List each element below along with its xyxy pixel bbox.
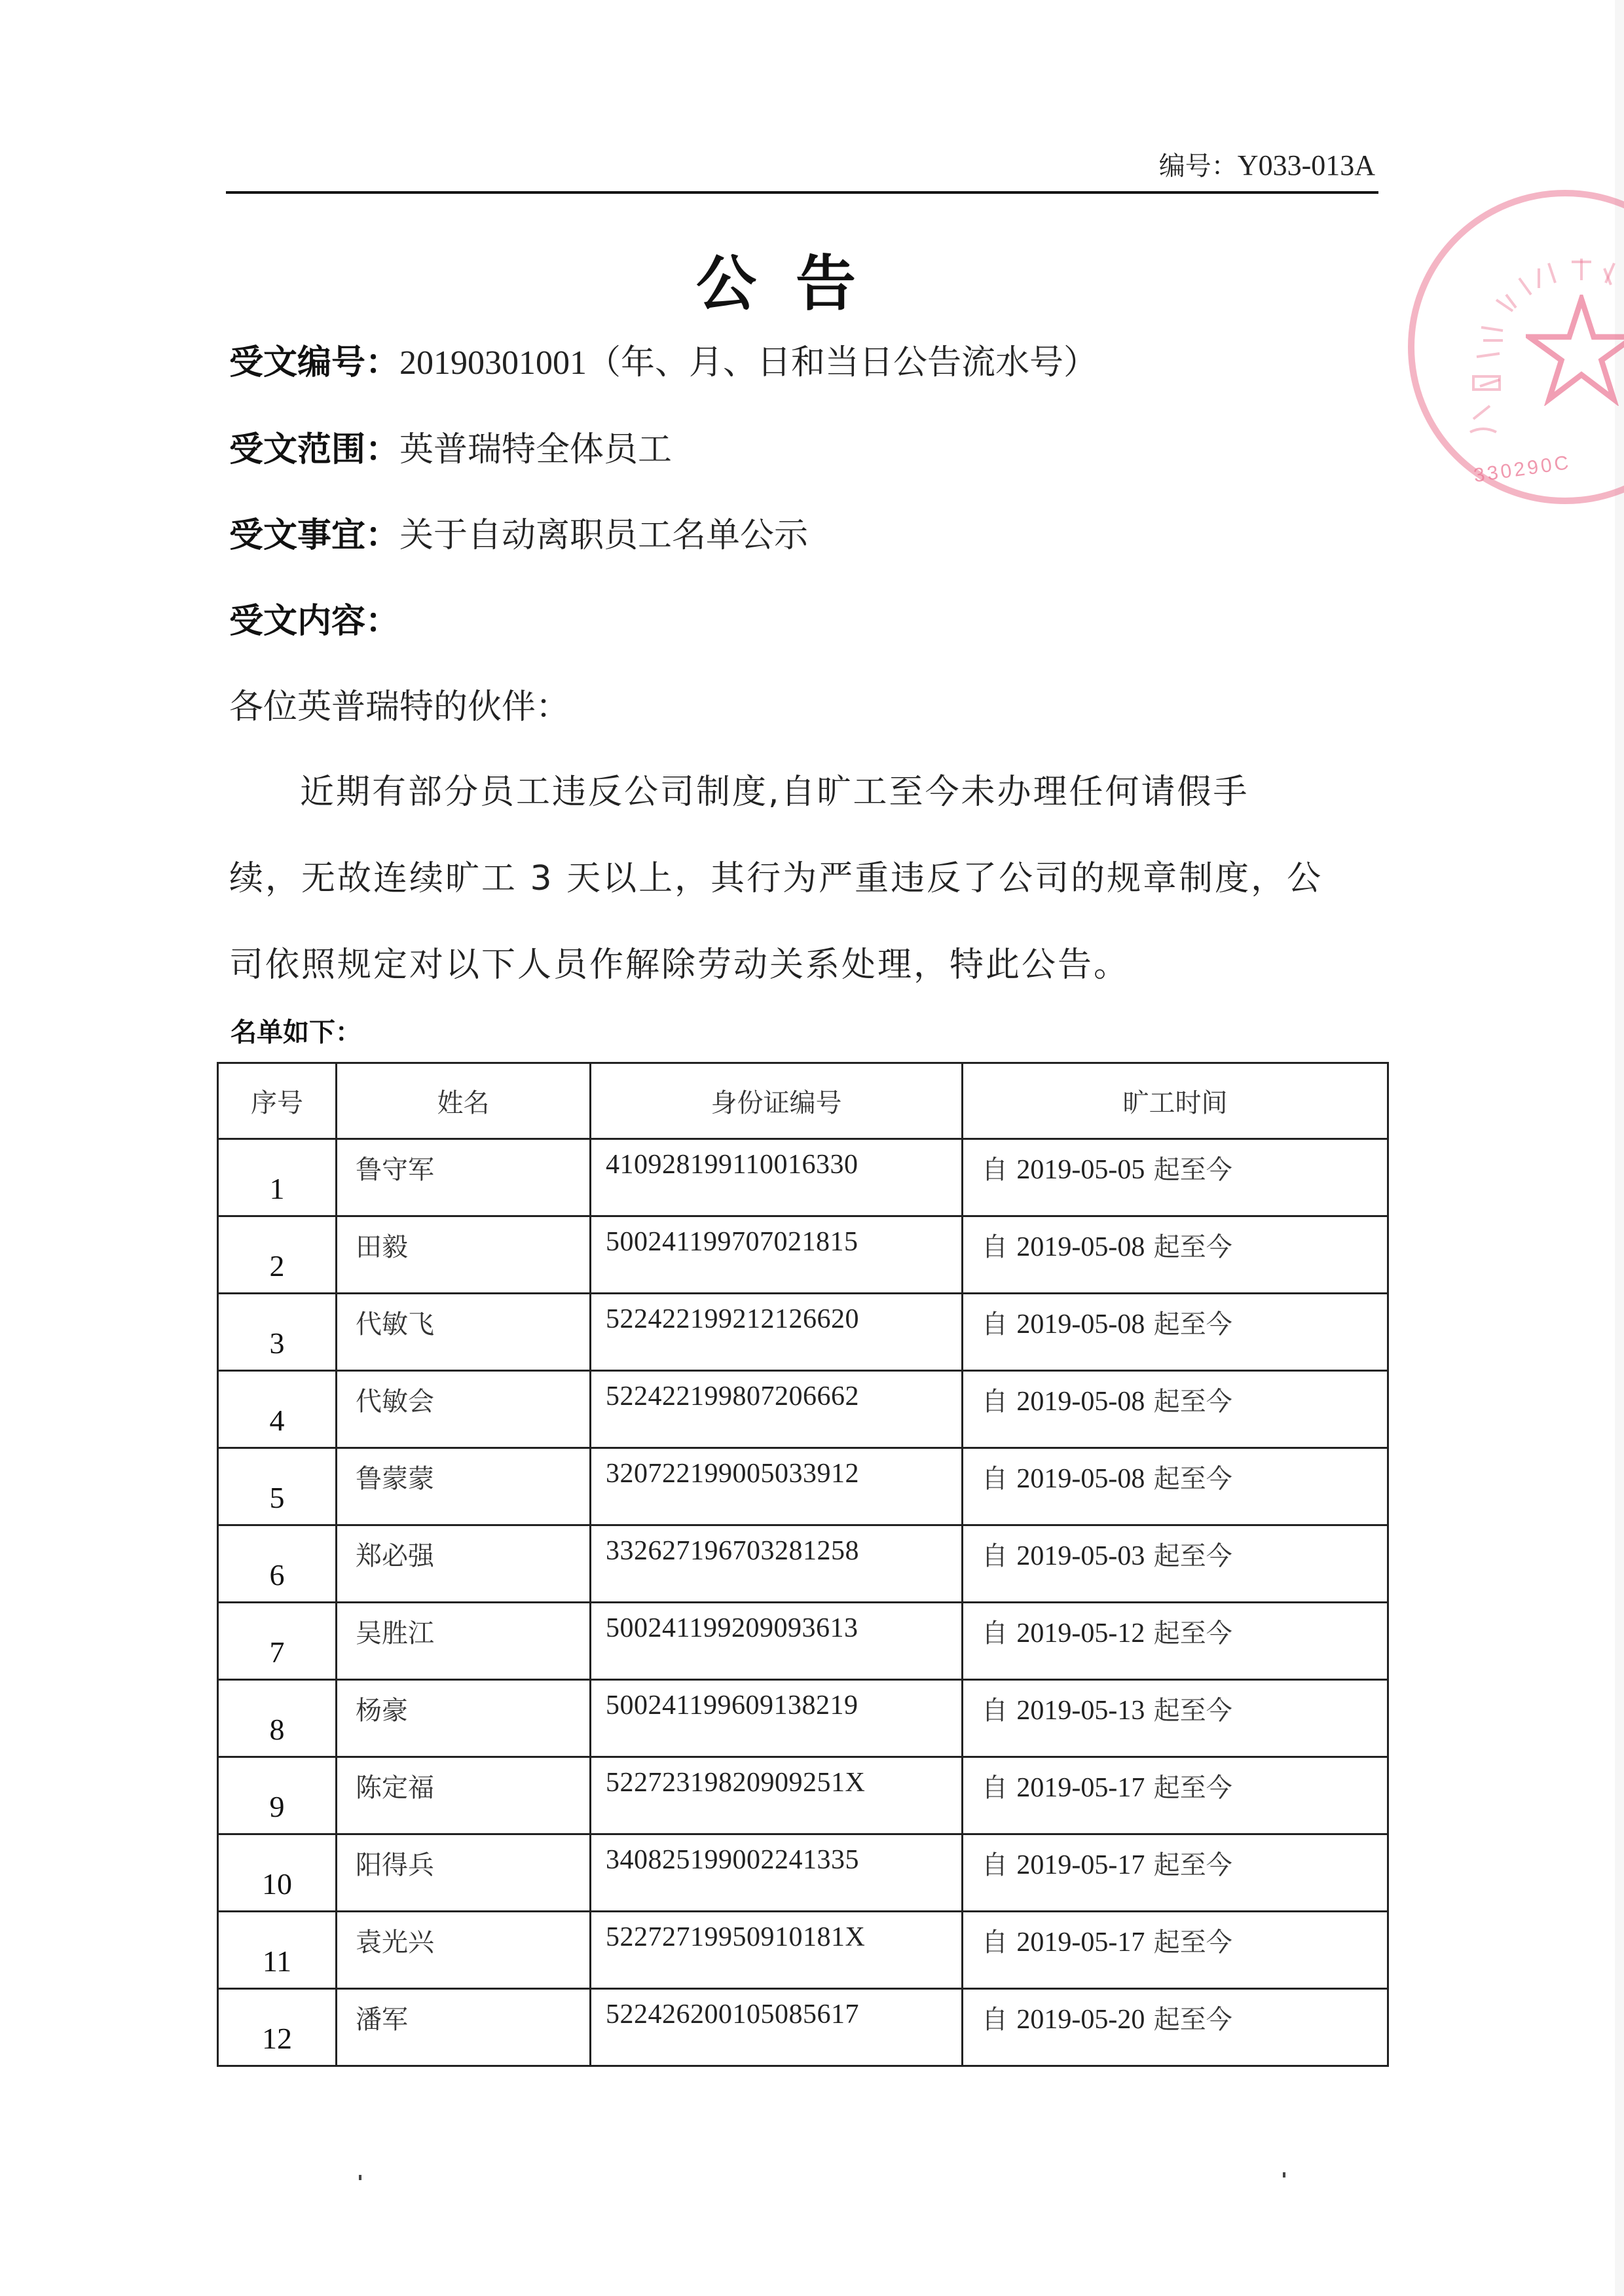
table-row: 10阳得兵340825199002241335自 2019-05-17 起至今 <box>218 1834 1388 1912</box>
cell-name: 代敏会 <box>337 1371 591 1448</box>
row-seq: 3 <box>219 1326 335 1360</box>
field-value-note: （年、月、日和当日公告流水号） <box>587 343 1098 382</box>
cell-name: 鲁守军 <box>337 1139 591 1216</box>
document-number: 编号：Y033-013A <box>1159 145 1375 183</box>
table-row: 12潘军522426200105085617自 2019-05-20 起至今 <box>218 1989 1388 2066</box>
row-name: 潘军 <box>356 1999 408 2036</box>
paragraph-line: 续，无故连续旷工 3 天以上，其行为严重违反了公司的规章制度，公 <box>229 858 1323 900</box>
row-absence-date: 自 2019-05-17 起至今 <box>982 1844 1232 1882</box>
field-document-number: 受文编号：20190301001（年、月、日和当日公告流水号） <box>229 342 1098 384</box>
cell-seq: 9 <box>218 1757 337 1834</box>
date-value: 2019-05-12 <box>1016 1618 1145 1649</box>
row-absence-date: 自 2019-05-05 起至今 <box>982 1149 1232 1186</box>
row-id-number: 500241199209093613 <box>606 1613 858 1644</box>
field-scope: 受文范围：英普瑞特全体员工 <box>229 429 672 471</box>
row-id-number: 332627196703281258 <box>606 1535 859 1567</box>
cell-id-number: 500241199609138219 <box>591 1680 963 1757</box>
field-value-number: 20190301001 <box>399 344 587 382</box>
row-absence-date: 自 2019-05-20 起至今 <box>982 1999 1232 2036</box>
notice-paragraph: 近期有部分员工违反公司制度,自旷工至今未办理任何请假手 续，无故连续旷工 3 天… <box>229 771 1382 981</box>
dismissed-employee-table: 序号 姓名 身份证编号 旷工时间 1鲁守军410928199110016330自… <box>217 1062 1389 2067</box>
row-name: 郑必强 <box>356 1535 434 1573</box>
cell-id-number: 340825199002241335 <box>591 1834 963 1912</box>
header-seq: 序号 <box>218 1063 337 1139</box>
field-value: 英普瑞特全体员工 <box>399 430 672 469</box>
date-value: 2019-05-08 <box>1016 1309 1145 1339</box>
table-row: 1鲁守军410928199110016330自 2019-05-05 起至今 <box>218 1139 1388 1216</box>
cell-id-number: 522422199212126620 <box>591 1294 963 1371</box>
date-suffix: 起至今 <box>1154 1232 1232 1262</box>
date-suffix: 起至今 <box>1154 1773 1232 1803</box>
field-value: 关于自动离职员工名单公示 <box>399 516 808 555</box>
cell-id-number: 52272719950910181X <box>591 1912 963 1989</box>
date-suffix: 起至今 <box>1154 1155 1232 1185</box>
cell-seq: 11 <box>218 1912 337 1989</box>
row-id-number: 340825199002241335 <box>606 1844 859 1876</box>
row-id-number: 52272319820909251X <box>606 1767 865 1798</box>
date-suffix: 起至今 <box>1154 1387 1232 1417</box>
cell-name: 代敏飞 <box>337 1294 591 1371</box>
scan-speck <box>359 2175 361 2180</box>
cell-name: 鲁蒙蒙 <box>337 1448 591 1525</box>
row-id-number: 410928199110016330 <box>606 1149 858 1180</box>
row-absence-date: 自 2019-05-08 起至今 <box>982 1303 1232 1341</box>
cell-id-number: 500241199707021815 <box>591 1216 963 1294</box>
row-seq: 11 <box>219 1944 335 1978</box>
cell-seq: 7 <box>218 1603 337 1680</box>
date-prefix: 自 <box>982 2005 1008 2035</box>
paragraph-line: 司依照规定对以下人员作解除劳动关系处理，特此公告。 <box>229 944 1130 986</box>
cell-seq: 4 <box>218 1371 337 1448</box>
cell-seq: 1 <box>218 1139 337 1216</box>
cell-id-number: 320722199005033912 <box>591 1448 963 1525</box>
row-name: 鲁蒙蒙 <box>356 1458 434 1495</box>
date-value: 2019-05-08 <box>1016 1464 1145 1494</box>
row-id-number: 522426200105085617 <box>606 1999 859 2030</box>
row-absence-date: 自 2019-05-17 起至今 <box>982 1922 1232 1959</box>
row-seq: 10 <box>219 1867 335 1901</box>
row-name: 袁光兴 <box>356 1922 434 1959</box>
field-content: 受文内容： <box>229 600 399 642</box>
cell-id-number: 522422199807206662 <box>591 1371 963 1448</box>
cell-absence-date: 自 2019-05-17 起至今 <box>963 1834 1388 1912</box>
date-suffix: 起至今 <box>1154 1309 1232 1339</box>
row-name: 阳得兵 <box>356 1844 434 1882</box>
date-suffix: 起至今 <box>1154 2005 1232 2035</box>
row-absence-date: 自 2019-05-13 起至今 <box>982 1690 1232 1727</box>
cell-seq: 3 <box>218 1294 337 1371</box>
table-row: 9陈定福52272319820909251X自 2019-05-17 起至今 <box>218 1757 1388 1834</box>
row-name: 杨豪 <box>356 1690 408 1727</box>
table-row: 8杨豪500241199609138219自 2019-05-13 起至今 <box>218 1680 1388 1757</box>
date-prefix: 自 <box>982 1618 1008 1649</box>
table-row: 3代敏飞522422199212126620自 2019-05-08 起至今 <box>218 1294 1388 1371</box>
table-row: 6郑必强332627196703281258自 2019-05-03 起至今 <box>218 1525 1388 1603</box>
row-name: 陈定福 <box>356 1767 434 1804</box>
date-value: 2019-05-17 <box>1016 1773 1145 1803</box>
cell-absence-date: 自 2019-05-17 起至今 <box>963 1912 1388 1989</box>
header-absence-date: 旷工时间 <box>963 1063 1388 1139</box>
cell-name: 阳得兵 <box>337 1834 591 1912</box>
cell-id-number: 500241199209093613 <box>591 1603 963 1680</box>
date-value: 2019-05-20 <box>1016 2005 1145 2035</box>
row-name: 吴胜江 <box>356 1613 434 1650</box>
date-value: 2019-05-03 <box>1016 1541 1145 1571</box>
date-suffix: 起至今 <box>1154 1618 1232 1649</box>
cell-name: 袁光兴 <box>337 1912 591 1989</box>
row-absence-date: 自 2019-05-17 起至今 <box>982 1767 1232 1804</box>
cell-name: 郑必强 <box>337 1525 591 1603</box>
list-label: 名单如下： <box>231 1011 361 1049</box>
date-suffix: 起至今 <box>1154 1927 1232 1958</box>
cell-absence-date: 自 2019-05-17 起至今 <box>963 1757 1388 1834</box>
date-prefix: 自 <box>982 1927 1008 1958</box>
cell-seq: 5 <box>218 1448 337 1525</box>
table-row: 7吴胜江500241199209093613自 2019-05-12 起至今 <box>218 1603 1388 1680</box>
field-label: 受文范围： <box>229 430 399 469</box>
date-prefix: 自 <box>982 1387 1008 1417</box>
row-absence-date: 自 2019-05-08 起至今 <box>982 1381 1232 1418</box>
date-value: 2019-05-17 <box>1016 1850 1145 1880</box>
scan-speck <box>1283 2172 1285 2178</box>
row-absence-date: 自 2019-05-03 起至今 <box>982 1535 1232 1573</box>
row-seq: 12 <box>219 2021 335 2056</box>
row-seq: 9 <box>219 1789 335 1824</box>
cell-absence-date: 自 2019-05-03 起至今 <box>963 1525 1388 1603</box>
table-row: 11袁光兴52272719950910181X自 2019-05-17 起至今 <box>218 1912 1388 1989</box>
date-suffix: 起至今 <box>1154 1464 1232 1494</box>
row-id-number: 52272719950910181X <box>606 1922 865 1953</box>
cell-absence-date: 自 2019-05-08 起至今 <box>963 1294 1388 1371</box>
cell-absence-date: 自 2019-05-05 起至今 <box>963 1139 1388 1216</box>
paragraph-line: 近期有部分员工违反公司制度,自旷工至今未办理任何请假手 <box>300 771 1249 813</box>
cell-seq: 12 <box>218 1989 337 2066</box>
cell-name: 潘军 <box>337 1989 591 2066</box>
page-title: 公告 <box>0 236 1591 322</box>
row-id-number: 522422199807206662 <box>606 1381 859 1412</box>
cell-seq: 2 <box>218 1216 337 1294</box>
row-name: 代敏会 <box>356 1381 434 1418</box>
row-seq: 7 <box>219 1635 335 1669</box>
date-suffix: 起至今 <box>1154 1696 1232 1726</box>
cell-name: 吴胜江 <box>337 1603 591 1680</box>
cell-absence-date: 自 2019-05-08 起至今 <box>963 1371 1388 1448</box>
row-name: 田毅 <box>356 1226 408 1264</box>
cell-absence-date: 自 2019-05-13 起至今 <box>963 1680 1388 1757</box>
cell-seq: 8 <box>218 1680 337 1757</box>
cell-seq: 6 <box>218 1525 337 1603</box>
document-number-label: 编号： <box>1159 151 1238 181</box>
date-prefix: 自 <box>982 1155 1008 1185</box>
row-absence-date: 自 2019-05-08 起至今 <box>982 1458 1232 1495</box>
date-value: 2019-05-17 <box>1016 1927 1145 1958</box>
cell-id-number: 410928199110016330 <box>591 1139 963 1216</box>
date-prefix: 自 <box>982 1464 1008 1494</box>
field-label: 受文事宜： <box>229 516 399 555</box>
row-seq: 8 <box>219 1712 335 1747</box>
date-prefix: 自 <box>982 1309 1008 1339</box>
salutation: 各位英普瑞特的伙伴： <box>229 686 570 728</box>
date-prefix: 自 <box>982 1541 1008 1571</box>
row-seq: 4 <box>219 1403 335 1438</box>
date-suffix: 起至今 <box>1154 1541 1232 1571</box>
document-number-value: Y033-013A <box>1238 149 1375 181</box>
row-id-number: 500241199609138219 <box>606 1690 858 1721</box>
date-value: 2019-05-05 <box>1016 1155 1145 1185</box>
row-id-number: 320722199005033912 <box>606 1458 859 1489</box>
field-label: 受文内容： <box>229 602 399 641</box>
row-absence-date: 自 2019-05-08 起至今 <box>982 1226 1232 1264</box>
field-label: 受文编号： <box>229 343 399 382</box>
date-prefix: 自 <box>982 1696 1008 1726</box>
row-id-number: 522422199212126620 <box>606 1303 859 1335</box>
header-id-number: 身份证编号 <box>591 1063 963 1139</box>
cell-name: 杨豪 <box>337 1680 591 1757</box>
table-header-row: 序号 姓名 身份证编号 旷工时间 <box>218 1063 1388 1139</box>
cell-name: 田毅 <box>337 1216 591 1294</box>
cell-id-number: 522426200105085617 <box>591 1989 963 2066</box>
row-seq: 1 <box>219 1171 335 1206</box>
date-prefix: 自 <box>982 1232 1008 1262</box>
cell-name: 陈定福 <box>337 1757 591 1834</box>
cell-id-number: 52272319820909251X <box>591 1757 963 1834</box>
cell-seq: 10 <box>218 1834 337 1912</box>
cell-absence-date: 自 2019-05-08 起至今 <box>963 1448 1388 1525</box>
date-suffix: 起至今 <box>1154 1850 1232 1880</box>
date-value: 2019-05-08 <box>1016 1387 1145 1417</box>
row-absence-date: 自 2019-05-12 起至今 <box>982 1613 1232 1650</box>
cell-absence-date: 自 2019-05-08 起至今 <box>963 1216 1388 1294</box>
date-prefix: 自 <box>982 1773 1008 1803</box>
row-seq: 2 <box>219 1248 335 1283</box>
field-subject: 受文事宜：关于自动离职员工名单公示 <box>229 515 808 556</box>
row-name: 代敏飞 <box>356 1303 434 1341</box>
cell-absence-date: 自 2019-05-12 起至今 <box>963 1603 1388 1680</box>
cell-absence-date: 自 2019-05-20 起至今 <box>963 1989 1388 2066</box>
table-row: 4代敏会522422199807206662自 2019-05-08 起至今 <box>218 1371 1388 1448</box>
row-id-number: 500241199707021815 <box>606 1226 858 1258</box>
table-row: 5鲁蒙蒙320722199005033912自 2019-05-08 起至今 <box>218 1448 1388 1525</box>
date-prefix: 自 <box>982 1850 1008 1880</box>
row-seq: 5 <box>219 1480 335 1515</box>
cell-id-number: 332627196703281258 <box>591 1525 963 1603</box>
date-value: 2019-05-13 <box>1016 1696 1145 1726</box>
header-rule <box>226 191 1378 194</box>
row-name: 鲁守军 <box>356 1149 434 1186</box>
date-value: 2019-05-08 <box>1016 1232 1145 1262</box>
table-row: 2田毅500241199707021815自 2019-05-08 起至今 <box>218 1216 1388 1294</box>
row-seq: 6 <box>219 1558 335 1592</box>
header-name: 姓名 <box>337 1063 591 1139</box>
